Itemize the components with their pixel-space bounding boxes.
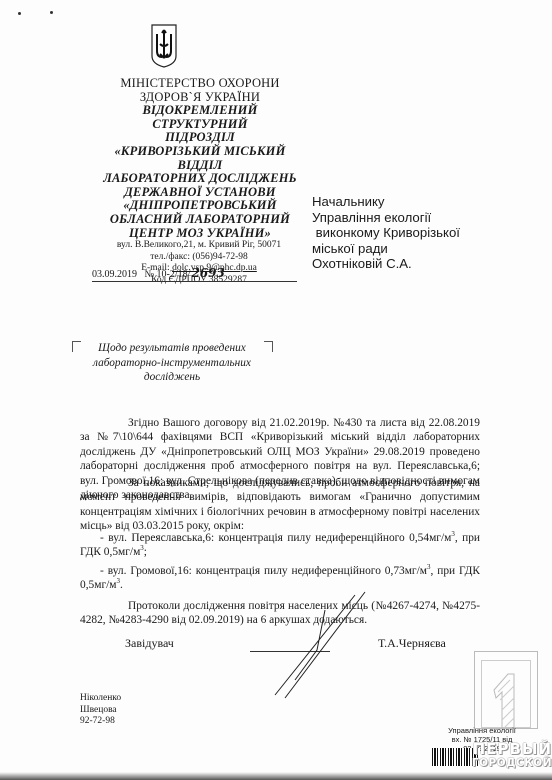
item-text: ;	[144, 546, 147, 558]
addressee-line: міської ради	[312, 241, 460, 257]
org-name-line: ЛАБОРАТОРНИХ ДОСЛІДЖЕНЬ	[82, 172, 318, 186]
organization-letterhead: МІНІСТЕРСТВО ОХОРОНИ ЗДОРОВ`Я УКРАЇНИ ВІ…	[82, 77, 318, 240]
exceedance-list: - вул. Переяславська,6: концентрація пил…	[80, 531, 480, 593]
item-text: - вул. Переяславська,6: концентрація пил…	[100, 532, 451, 544]
paragraph-text: За показниками, що досліджувались, проби…	[80, 477, 480, 532]
subject-line: досліджень	[84, 370, 260, 385]
watermark-line: ПЕРВЫЙ	[470, 742, 552, 756]
address: вул. В.Великого,21, м. Кривий Ріг, 50071	[94, 240, 304, 252]
phone-fax: тел./факс: (056)94-72-98	[94, 252, 304, 264]
addressee-line: Охотніковій С.А.	[312, 256, 460, 272]
executor-name: Швецова	[80, 705, 121, 717]
letter-number-prefix: № 10-2/18/	[145, 269, 191, 280]
body-paragraph-2: За показниками, що досліджувались, проби…	[80, 476, 480, 534]
org-name-line: «ДНІПРОПЕТРОВСЬКИЙ	[82, 199, 318, 213]
scan-speck	[50, 11, 53, 14]
org-name-line: СТРУКТУРНИЙ	[82, 118, 318, 132]
addressee-line: Управління екології	[312, 210, 460, 226]
item-text: - вул. Громової,16: концентрація пилу не…	[100, 565, 427, 577]
subject-bracket-right	[264, 341, 273, 352]
subject-line: лабораторно-інструментальних	[84, 356, 260, 371]
handwritten-letter-number: 2693	[191, 266, 224, 280]
letter-subject: Щодо результатів проведених лабораторно-…	[84, 341, 260, 385]
trident-coat-of-arms-icon	[150, 24, 178, 68]
signatory-name: Т.А.Черняєва	[378, 636, 446, 651]
scan-speck	[18, 12, 21, 15]
handwritten-signature-icon	[255, 590, 375, 700]
exceedance-item: - вул. Переяславська,6: концентрація пил…	[80, 531, 480, 560]
exceedance-item: - вул. Громової,16: концентрація пилу не…	[80, 564, 480, 593]
ministry-line: МІНІСТЕРСТВО ОХОРОНИ	[82, 77, 318, 91]
scan-edge-shadow	[0, 772, 552, 780]
org-name-line: ВІДДІЛ	[82, 159, 318, 173]
addressee-line: Начальнику	[312, 194, 460, 210]
watermark-line: ГОРОДСКОЙ	[470, 756, 552, 770]
org-name-line: ВІДОКРЕМЛЕНИЙ	[82, 104, 318, 118]
executor-name: Ніколенко	[80, 693, 121, 705]
scanned-letter-page: МІНІСТЕРСТВО ОХОРОНИ ЗДОРОВ`Я УКРАЇНИ ВІ…	[0, 0, 552, 780]
registration-line: 03.09.2019 № 10-2/18/2693	[92, 266, 297, 282]
watermark-digit-one-icon	[488, 670, 518, 730]
stamp-department: Управління екології	[432, 726, 532, 735]
executors-block: Ніколенко Швецова 92-72-98	[80, 693, 121, 728]
watermark-brand: ПЕРВЫЙ ГОРОДСКОЙ	[470, 742, 552, 770]
addressee-block: Начальнику Управління екології виконкому…	[312, 194, 460, 272]
addressee-line: виконкому Криворізької	[312, 225, 460, 241]
letter-date: 03.09.2019	[92, 269, 137, 280]
item-text: .	[120, 579, 123, 591]
signatory-title: Завідувач	[125, 636, 174, 651]
org-name-line: ПІДРОЗДІЛ	[82, 131, 318, 145]
subject-line: Щодо результатів проведених	[84, 341, 260, 356]
org-name-line: ЦЕНТР МОЗ УКРАЇНИ»	[82, 227, 318, 241]
subject-bracket-left	[72, 341, 81, 352]
executor-phone: 92-72-98	[80, 716, 121, 728]
org-name-line: «КРИВОРІЗЬКИЙ МІСЬКИЙ	[82, 145, 318, 159]
org-name-line: ОБЛАСНИЙ ЛАБОРАТОРНИЙ	[82, 213, 318, 227]
